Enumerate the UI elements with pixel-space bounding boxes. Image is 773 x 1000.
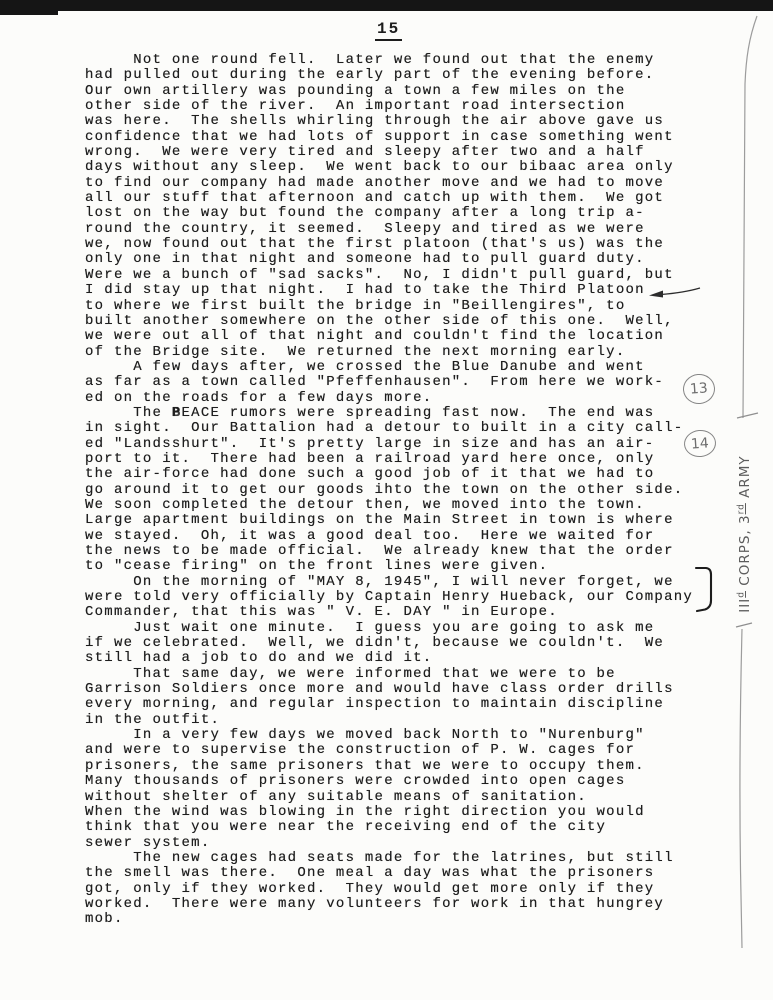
- margin-note-sup: rd: [737, 503, 747, 514]
- margin-note-roman: III: [737, 598, 753, 613]
- margin-note-sup: d: [737, 591, 747, 598]
- margin-circled-13: 13: [683, 374, 715, 404]
- page-number: 15: [375, 19, 402, 41]
- scan-top-band: [0, 0, 773, 11]
- margin-note-mid: CORPS, 3: [737, 514, 753, 591]
- overstruck-character: P: [172, 406, 182, 421]
- margin-note-corps-army: IIId CORPS, 3rd ARMY: [737, 444, 757, 624]
- circled-number-text: 14: [691, 435, 710, 452]
- circled-number-text: 13: [690, 380, 709, 397]
- typewritten-text: Not one round fell. Later we found out t…: [85, 53, 725, 928]
- margin-note-end: ARMY: [737, 455, 753, 503]
- margin-circled-14: 14: [684, 430, 716, 457]
